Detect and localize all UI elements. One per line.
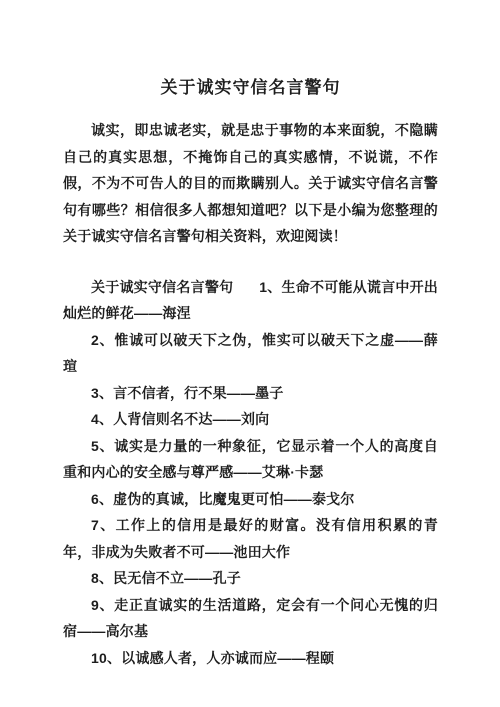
quote-item-10: 10、以诚感人者，人亦诚而应——程颐 — [63, 645, 438, 672]
quote-item-3: 3、言不信者，行不果——墨子 — [63, 380, 438, 407]
quote-item-8: 8、民无信不立——孔子 — [63, 565, 438, 592]
quote-item-7: 7、工作上的信用是最好的财富。没有信用积累的青年，非成为失败者不可——池田大作 — [63, 512, 438, 565]
document-page: 关于诚实守信名言警句 诚实，即忠诚老实，就是忠于事物的本来面貌，不隐瞒自己的真实… — [0, 0, 500, 707]
intro-paragraph: 诚实，即忠诚老实，就是忠于事物的本来面貌，不隐瞒自己的真实思想，不掩饰自己的真实… — [63, 117, 438, 250]
section-label-gap — [233, 291, 259, 292]
quote-item-4: 4、人背信则名不达——刘向 — [63, 406, 438, 433]
quote-item-5: 5、诚实是力量的一种象征，它显示着一个人的高度自重和内心的安全感与尊严感——艾琳… — [63, 433, 438, 486]
quote-item-6: 6、虚伪的真诚，比魔鬼更可怕——泰戈尔 — [63, 486, 438, 513]
quote-item-9: 9、走正直诚实的生活道路，定会有一个问心无愧的归宿——高尔基 — [63, 592, 438, 645]
page-title: 关于诚实守信名言警句 — [63, 78, 438, 98]
quote-item-2: 2、惟诚可以破天下之伪，惟实可以破天下之虚——薛瑄 — [63, 327, 438, 380]
section-heading-line: 关于诚实守信名言警句1、生命不可能从谎言中开出灿烂的鲜花——海涅 — [63, 274, 438, 327]
section-label: 关于诚实守信名言警句 — [91, 279, 233, 295]
